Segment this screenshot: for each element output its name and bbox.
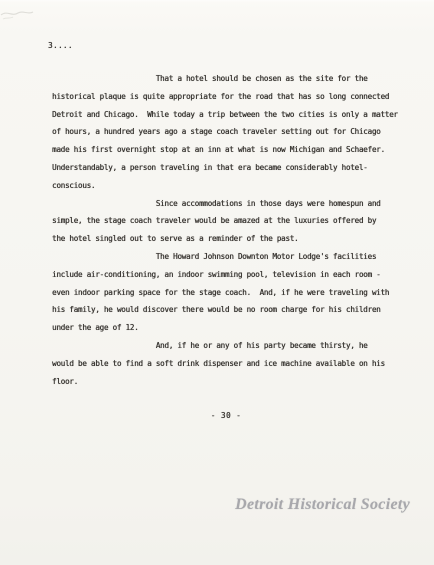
- text-line: the hotel singled out to serve as a remi…: [52, 230, 412, 248]
- body-text: That a hotel should be chosen as the sit…: [52, 70, 412, 390]
- text-line: include air-conditioning, an indoor swim…: [52, 266, 412, 284]
- text-line: Understandably, a person traveling in th…: [52, 159, 412, 177]
- text-line: conscious.: [52, 177, 412, 195]
- end-of-release-mark: - 30 -: [52, 411, 400, 420]
- text-line: And, if he or any of his party became th…: [52, 337, 412, 355]
- text-line: Since accommodations in those days were …: [52, 195, 412, 213]
- text-line: historical plaque is quite appropriate f…: [52, 88, 412, 106]
- pencil-scribble-mark: [0, 4, 42, 26]
- text-line: made his first overnight stop at an inn …: [52, 141, 412, 159]
- document-page: 3.... That a hotel should be chosen as t…: [0, 0, 434, 565]
- text-line: The Howard Johnson Downton Motor Lodge's…: [52, 248, 412, 266]
- text-line: floor.: [52, 373, 412, 391]
- watermark-text: Detroit Historical Society: [235, 496, 410, 514]
- text-line: simple, the stage coach traveler would b…: [52, 212, 412, 230]
- text-line: of hours, a hundred years ago a stage co…: [52, 123, 412, 141]
- page-number: 3....: [48, 41, 73, 50]
- text-line: That a hotel should be chosen as the sit…: [52, 70, 412, 88]
- text-line: would be able to find a soft drink dispe…: [52, 355, 412, 373]
- text-line: under the age of 12.: [52, 319, 412, 337]
- text-line: even indoor parking space for the stage …: [52, 284, 412, 302]
- text-line: Detroit and Chicago. While today a trip …: [52, 106, 412, 124]
- text-line: his family, he would discover there woul…: [52, 301, 412, 319]
